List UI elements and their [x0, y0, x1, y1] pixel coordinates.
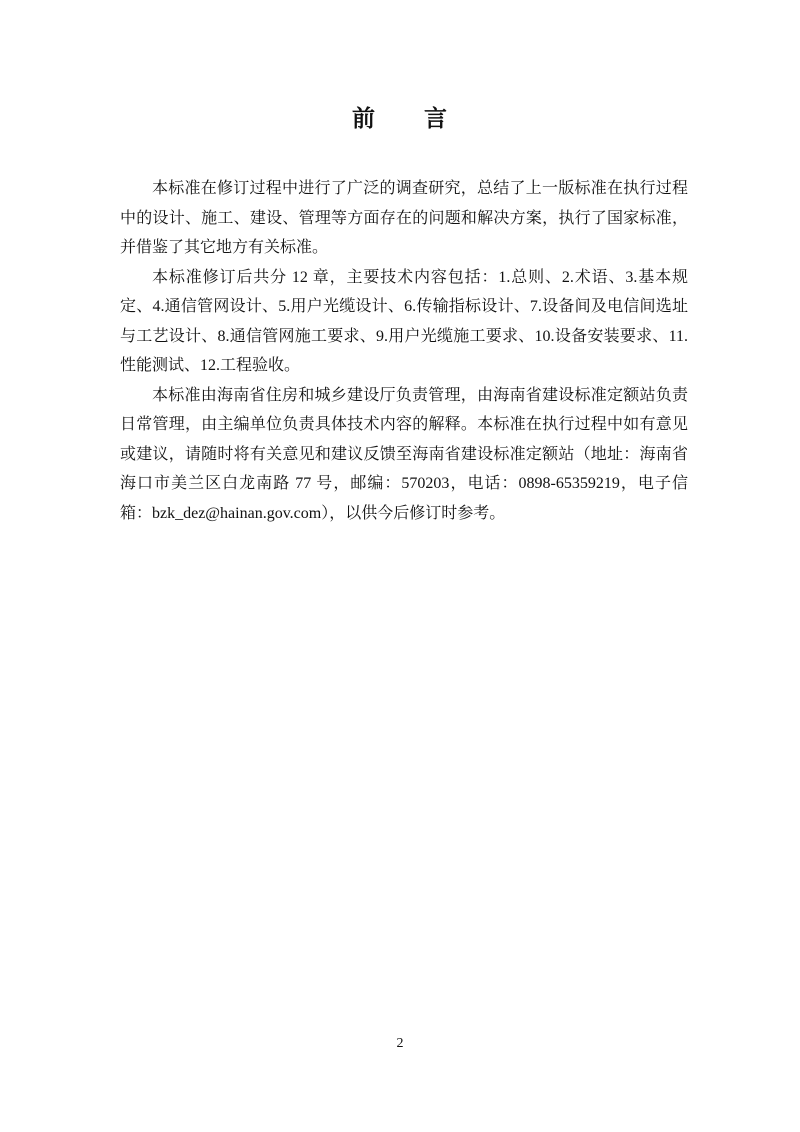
paragraph: 本标准在修订过程中进行了广泛的调查研究，总结了上一版标准在执行过程中的设计、施工…: [120, 174, 688, 263]
preface-title: 前 言: [0, 100, 800, 133]
document-page: 前 言 本标准在修订过程中进行了广泛的调查研究，总结了上一版标准在执行过程中的设…: [0, 0, 800, 1132]
paragraph: 本标准修订后共分 12 章，主要技术内容包括：1.总则、2.术语、3.基本规定、…: [120, 263, 688, 381]
paragraph: 本标准由海南省住房和城乡建设厅负责管理，由海南省建设标准定额站负责日常管理，由主…: [120, 381, 688, 529]
document-body: 本标准在修订过程中进行了广泛的调查研究，总结了上一版标准在执行过程中的设计、施工…: [120, 174, 688, 528]
page-number: 2: [0, 1036, 800, 1052]
